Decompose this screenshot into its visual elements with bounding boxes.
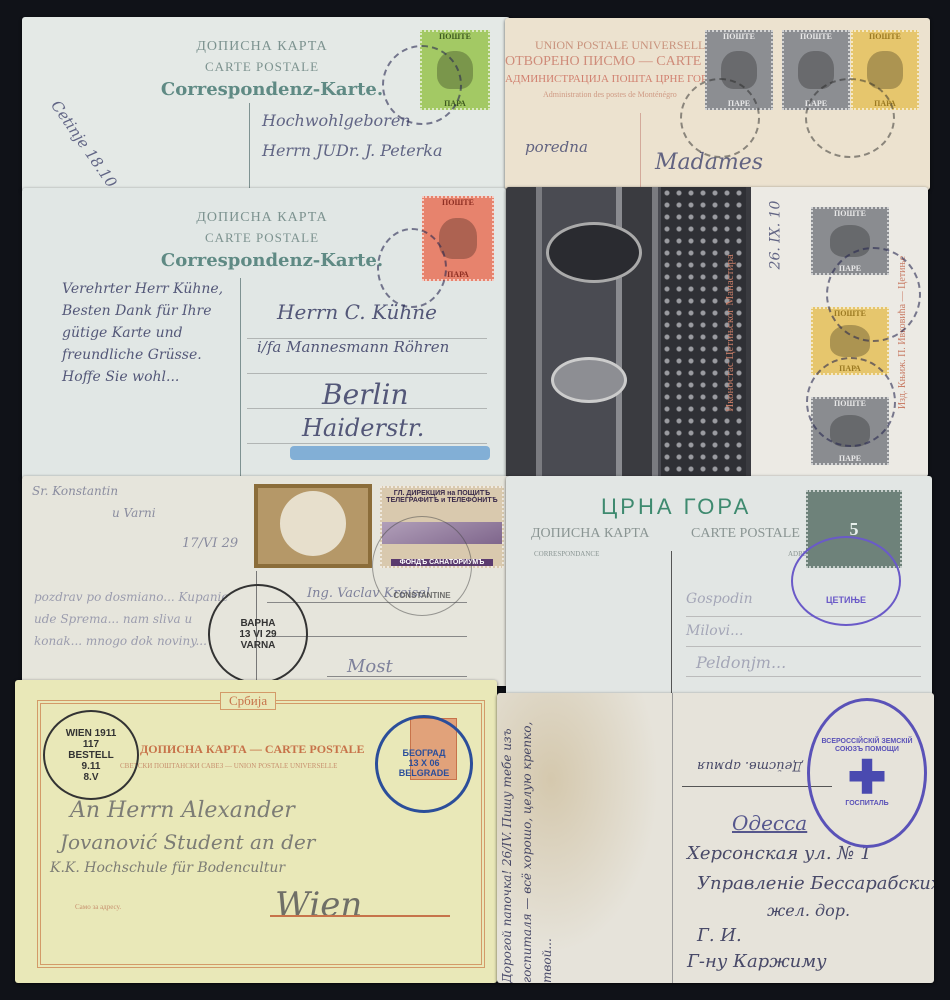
stamp-label: ПОШТЕ (800, 32, 832, 41)
stamp-label: ПОШТЕ (723, 32, 755, 41)
printed-country-title: ЦРНА ГОРА (601, 494, 751, 520)
blue-crayon-mark (290, 446, 490, 460)
postcard-bulgaria-varna: Sr. Konstantin u Varni 17/VI 29 pozdrav … (22, 476, 510, 686)
postmark-text: ВАРНА (240, 618, 275, 629)
postmark-text: ЦЕТИЊЕ (826, 596, 866, 606)
red-cross-icon: ✚ (848, 754, 887, 800)
handwritten-addressee: Gospodin (686, 591, 753, 607)
address-line (686, 676, 921, 677)
printed-title-cyrillic: ДОПИСНА КАРТА (182, 210, 342, 226)
postmark (680, 78, 760, 158)
handwritten-addressee-line2: Jovanović Student an der (60, 830, 315, 854)
handwritten-sender-city: u Varni (112, 506, 156, 520)
printed-caption: Иконостас Цетињског Манастира (724, 254, 736, 412)
postmark (826, 247, 921, 342)
handwritten-addressee-name: Herrn JUDr. J. Peterka (262, 141, 443, 160)
handwritten-addressee-line1: An Herrn Alexander (70, 798, 295, 823)
handwritten-company: i/fa Mannesmann Röhren (257, 338, 449, 356)
postmark-wien: WIEN 1911 117 BESTELL 9.11 8.V (43, 710, 139, 800)
printed-correspondance: CORRESPONDANCE (534, 550, 599, 558)
postmark-text: VARNA (241, 640, 276, 651)
handwritten-left: poredna (525, 138, 588, 156)
handwritten-date: 17/VI 29 (182, 536, 238, 551)
stamp-label: ПАРА (447, 270, 469, 279)
handwritten-date: 26. IX. 10 (767, 201, 783, 270)
handwritten-address-line1: Херсонская ул. № 1 (687, 843, 872, 864)
postmark-belgrade: БЕОГРАД 13 X 06 BELGRADE (375, 715, 473, 813)
stamp-label: ПАРЕ (839, 454, 861, 463)
handwritten-address-line3: жел. дор. (767, 901, 850, 920)
icon-panel (551, 357, 627, 403)
divider-line (240, 278, 241, 478)
portrait-icon (280, 491, 346, 556)
postmark-text: 117 (83, 739, 99, 750)
postmark-text: BESTELL (68, 750, 114, 761)
address-line (247, 373, 487, 374)
postmark-text: ГОСПИТАЛЬ (845, 800, 888, 808)
printed-administration-french: Administration des postes de Monténégro (543, 90, 677, 99)
handwritten-street: Haiderstr. (302, 414, 424, 442)
postmark-text: CONSTANTINE (393, 592, 450, 601)
postmark-text: 8.V (83, 772, 98, 783)
postcard-montenegro-10-para-berlin: ДОПИСНА КАРТА CARTE POSTALE Corresponden… (22, 188, 506, 480)
postcard-serbia-stationery-wien: Србија ДОПИСНА КАРТА — CARTE POSTALE СВЕ… (15, 680, 497, 983)
postmark-varna: ВАРНА 13 VI 29 VARNA (208, 584, 308, 684)
handwritten-addressee-city: Peldonjm... (696, 653, 786, 672)
address-line (686, 616, 921, 617)
handwritten-city: Wien (275, 885, 362, 925)
printed-title-german: Correspondenz-Karte. (152, 79, 392, 100)
printed-upu: СВЕТСКИ ПОШТАНСКИ САВЕЗ — UNION POSTALE … (120, 762, 337, 770)
printed-postcard-french: CARTE POSTALE (691, 526, 800, 542)
handwritten-city: Одесса (732, 811, 807, 835)
icon-panel (546, 222, 642, 283)
stamp-label: ПОШТЕ (439, 32, 471, 41)
address-line (686, 646, 921, 647)
postmark-constantine: CONSTANTINE (372, 516, 472, 616)
postmark-text: BELGRADE (399, 769, 450, 779)
stamp-bulgaria-tsar-boris (254, 484, 372, 568)
handwritten-addressee-line3: K.K. Hochschule für Bodencultur (50, 860, 285, 876)
address-line (247, 443, 487, 444)
postcard-crna-gora: ЦРНА ГОРА ДОПИСНА КАРТА CARTE POSTALE CO… (506, 476, 932, 696)
stamp-label: ПОШТЕ (834, 209, 866, 218)
printed-administration-cyrillic: АДМИНИСТРАЦИЈА ПОШТА ЦРНЕ ГОРЕ (505, 73, 714, 85)
handwritten-city: Most (347, 656, 393, 677)
postmark (377, 228, 447, 308)
postmark (382, 45, 462, 125)
divider-line (671, 551, 672, 696)
postmark-zemstvo-union: ВСЕРОССІЙСКІЙ ЗЕМСКІЙ СОЮЗЪ ПОМОЩИ ✚ ГОС… (807, 698, 927, 848)
stamp-label: ГЛ. ДИРЕКЦИЯ на ПОЩИТѢ ТЕЛЕГРАФИТѢ и ТЕЛ… (382, 488, 502, 506)
postmark-text: WIEN 1911 (66, 728, 117, 739)
printed-title-cyrillic: ДОПИСНА КАРТА (182, 39, 342, 55)
postmark (806, 357, 896, 447)
handwritten-address-line2: Управленіе Бессарабскихъ (697, 873, 934, 894)
printed-title-french: CARTE POSTALE (182, 230, 342, 246)
postcard-russia-odessa: Дорогой папочка! 26/IV. Пишу тебе изъ го… (497, 693, 934, 983)
printed-upu: UNION POSTALE UNIVERSELLE (535, 38, 713, 53)
divider-line (672, 693, 673, 983)
postcard-iconostasis-cetinje-monastery: Иконостас Цетињског Манастира Изд. Књиж.… (506, 187, 928, 477)
postcard-union-postale: UNION POSTALE UNIVERSELLE ОТВОРЕНО ПИСМО… (505, 18, 930, 190)
portrait-icon (439, 218, 476, 259)
handwritten-address-line4: Г. И. (697, 925, 742, 946)
handwritten-message: Verehrter Herr Kühne, Besten Dank für Ih… (62, 278, 232, 388)
handwritten-addressee-name: Milovi... (686, 623, 743, 639)
divider-line (640, 113, 641, 190)
handwritten-city: Berlin (322, 378, 408, 411)
printed-footer: Само за адресу. (75, 903, 121, 911)
red-underline (270, 915, 450, 917)
printed-postcard-title: ДОПИСНА КАРТА — CARTE POSTALE (140, 742, 365, 757)
handwritten-address-line5: Г-ну Каржиму (687, 951, 827, 972)
stamp-label: ПОШТЕ (869, 32, 901, 41)
divider-line (249, 103, 250, 192)
handwritten-message: Cetinje 18.10.190 (47, 97, 139, 192)
handwritten-message: pozdrav po dosmiano... Kupanie ude Sprem… (34, 586, 234, 652)
printed-title-german: Correspondenz-Karte. (152, 250, 392, 271)
printed-open-letter: ОТВОРЕНО ПИСМО — CARTE (505, 54, 701, 70)
handwritten-sender: Sr. Konstantin (32, 484, 118, 498)
handwritten-message: Дорогой папочка! 26/IV. Пишу тебе изъ го… (497, 693, 672, 983)
handwritten-addressee-title: Hochwohlgeboren (262, 111, 411, 130)
postmark-text: 9.11 (82, 761, 101, 772)
postmark-date: 13 VI 29 (239, 629, 276, 640)
printed-country: Србија (220, 692, 276, 710)
postmark-cetinje: ЦЕТИЊЕ (791, 536, 901, 626)
printed-title-french: CARTE POSTALE (182, 59, 342, 75)
stamp-label: ПОШТЕ (442, 198, 474, 207)
handwritten-sender: Действ. армия (697, 758, 803, 773)
postcard-montenegro-5-para: ДОПИСНА КАРТА CARTE POSTALE Corresponden… (22, 17, 510, 192)
printed-postcard-cyrillic: ДОПИСНА КАРТА (531, 526, 649, 542)
postmark (805, 78, 895, 158)
